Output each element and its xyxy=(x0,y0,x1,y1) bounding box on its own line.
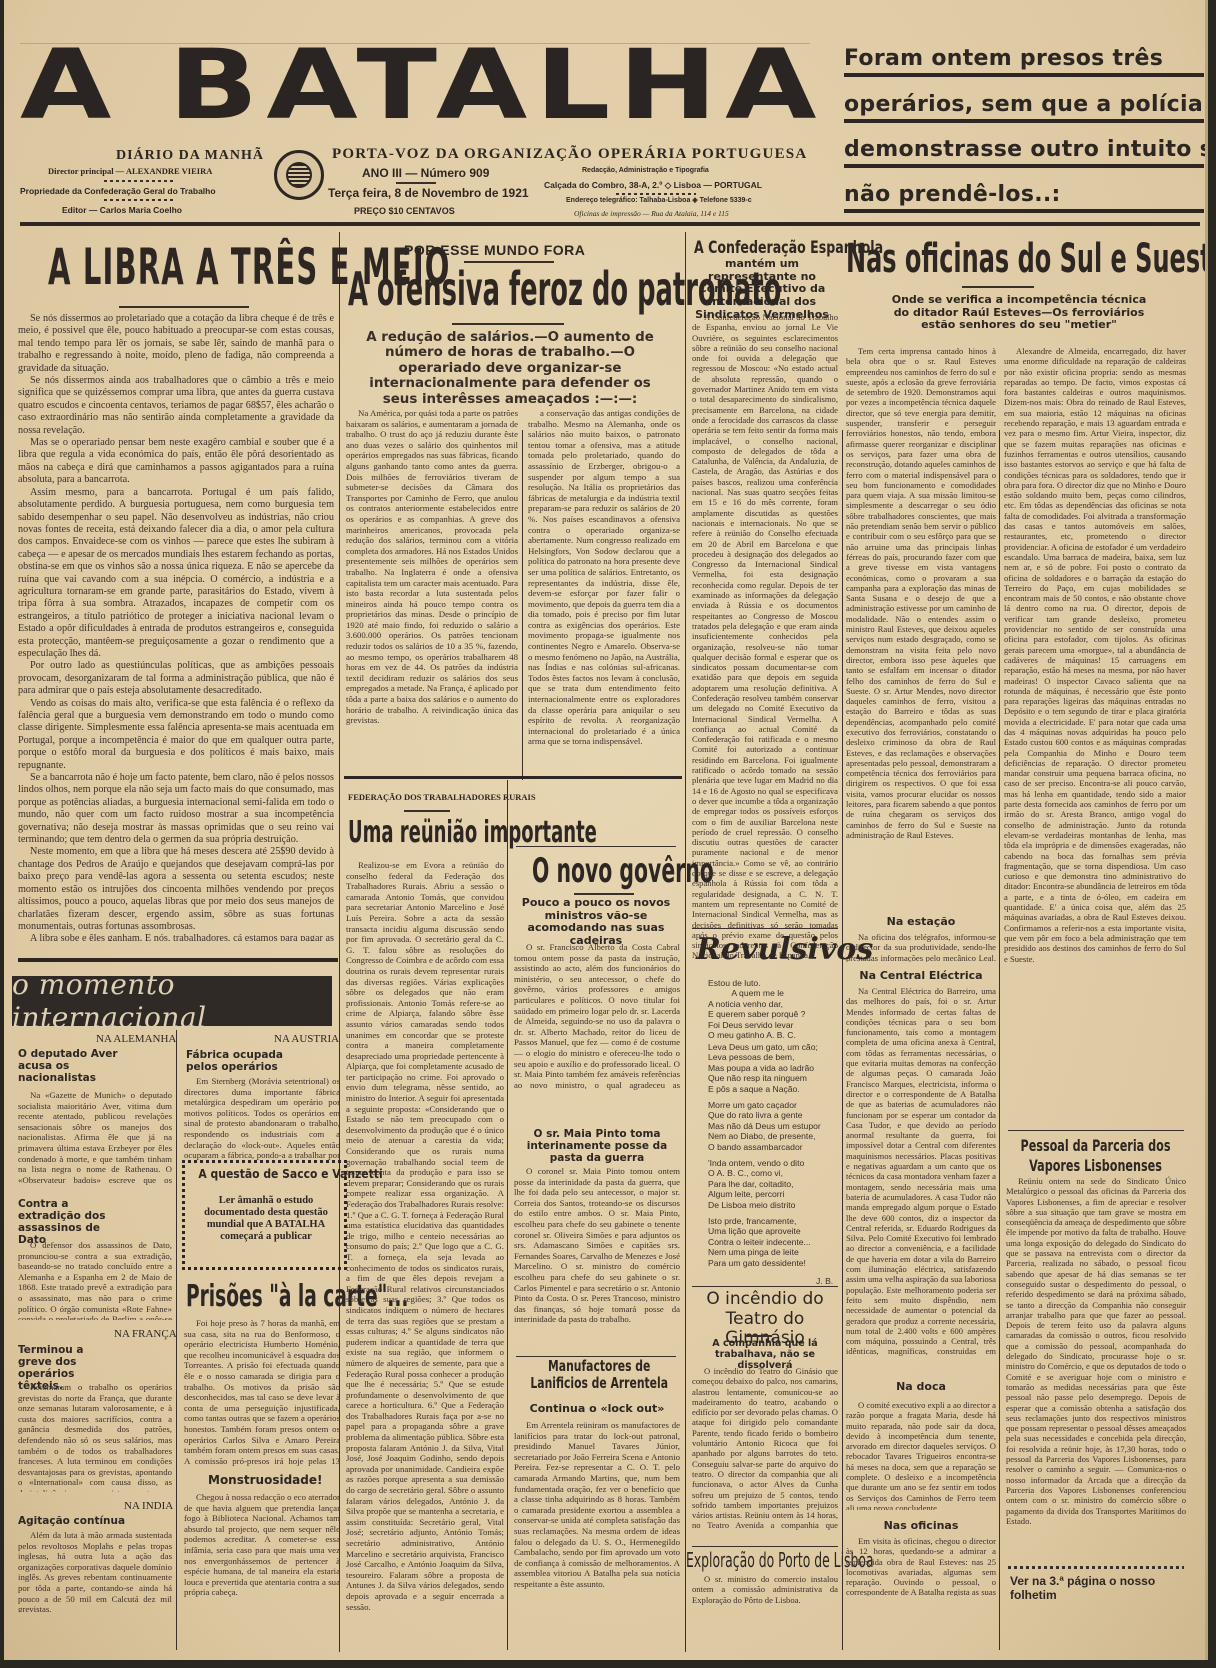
doca-headline: Na doca xyxy=(846,1381,996,1394)
oficinas-headline: Nas oficinas xyxy=(846,1520,996,1533)
union-seal-icon xyxy=(274,150,324,200)
ear-line-3: demonstrasse outro intuito se- xyxy=(844,137,1204,168)
alemanha-body: Na «Gazette de Munich» o deputado social… xyxy=(18,1090,172,1186)
revulsivos-stanza-5: Isto prde, francamente, Uma lição que ap… xyxy=(708,1216,811,1268)
monstruosidade-body: Chegou à nossa redacção o eco aterrador … xyxy=(184,1492,340,1600)
austria-body: Em Sternberg (Morávia setentrional) os d… xyxy=(184,1076,340,1160)
austria-headline: Fábrica ocupada pelos operários xyxy=(186,1049,306,1073)
oficinas-body: Em visita às oficinas, chegou o director… xyxy=(846,1536,996,1596)
revulsivos-stanza-3: Morre um gato caçador Que do rato livra … xyxy=(708,1100,821,1152)
ear-line-4: não prendê-los..: xyxy=(844,182,1204,213)
ear-line-2: operários, sem que a polícia xyxy=(844,92,1204,123)
rurais-headline: Uma reünião importante xyxy=(348,816,597,850)
rurais-kicker: FEDERAÇÃO DOS TRABALHADORES RURAIS xyxy=(348,792,536,802)
monstruosidade-headline: Monstruosidade! xyxy=(208,1474,322,1486)
governo-body: O sr. Francisco Alberto da Costa Cabral … xyxy=(514,942,680,1092)
telegraph-address: Endereço telegráfico: Talhaba-Lisboa ◈ T… xyxy=(566,196,752,204)
revulsivos-stanza-4: 'Inda ontem, vendo o dito O A. B. C., co… xyxy=(708,1158,804,1210)
print-office: Oficinas de impressão — Rua da Atalaia, … xyxy=(574,209,729,218)
mundo-deck: A redução de salários.—O aumento de núme… xyxy=(352,330,668,407)
vapores-body: Reüniu ontem na sede do Sindicato Único … xyxy=(1006,1176,1186,1560)
revulsivos-stanza-1: Estou de luto. A quem me le A noticia ve… xyxy=(708,978,805,1040)
folhetim-note: Ver na 3.ª página o nosso folhetim xyxy=(1010,1574,1186,1602)
dato-body: O defensor dos assassinos de Dato, pronu… xyxy=(18,1240,172,1320)
label-india: NA INDIA xyxy=(124,1500,173,1512)
maia-pinto-body: O coronel sr. Maia Pinto tomou ontem pos… xyxy=(514,1166,680,1346)
alemanha-headline: O deputado Aver acusa os nacionalistas xyxy=(18,1048,118,1084)
lockout-headline: Continua o «lock out» xyxy=(514,1403,680,1416)
mundo-col2: a conservação das antigas condições de t… xyxy=(528,408,680,768)
espanhola-body: A Confederação Nacional do Trabalho de E… xyxy=(692,312,838,966)
dato-headline: Contra a extradição dos assassinos de Da… xyxy=(18,1198,118,1246)
central-headline: Na Central Eléctrica xyxy=(846,970,996,983)
porto-body: O sr. ministro do comercio instalou onte… xyxy=(692,1574,838,1610)
sacco-vanzetti-title: A questão de Sacco e Vanzetti xyxy=(198,1167,331,1181)
revulsivos-stanza-2: Leva Deus um gato, um cão; Leva pessoas … xyxy=(708,1042,818,1094)
lanificios-headline: Manufactores de Lanificios de Arrentela xyxy=(520,1358,678,1392)
gimnasio-body: O incêndio do Teatro do Ginásio que come… xyxy=(692,1366,838,1532)
sul-sueste-col1: Tem certa imprensa cantado hinos à bela … xyxy=(846,346,996,926)
sul-sueste-headline: Nas oficinas do Sul e Sueste xyxy=(846,236,1208,282)
mundo-col1: Na América, por quási toda a parte os pa… xyxy=(346,408,518,768)
masthead-owner: Propriedade da Confederação Geral do Tra… xyxy=(20,186,216,196)
libra-body: Se nós dissermos ao proletariado que a c… xyxy=(18,313,334,941)
label-franca: NA FRANÇA xyxy=(114,1328,177,1340)
masthead-editor: Editor — Carlos Maria Coelho xyxy=(62,205,182,215)
sul-sueste-col2: Alexandre de Almeida, encarregado, diz h… xyxy=(1004,346,1186,1086)
masthead-director: Director principal — ALEXANDRE VIEIRA xyxy=(48,166,212,176)
rurais-body: Realizou-se em Evora a reünião do consel… xyxy=(346,860,504,1650)
label-austria: NA AUSTRIA xyxy=(274,1033,339,1045)
ear-line-1: Foram ontem presos três xyxy=(844,46,1204,77)
masthead-subtitle: DIÁRIO DA MANHÃ xyxy=(116,148,264,164)
sacco-vanzetti-text: Ler âmanhã o estudo documentado desta qu… xyxy=(201,1195,331,1243)
estacao-headline: Na estação xyxy=(846,916,996,929)
lanificios-body: Em Arrentela reüniram os manufactores de… xyxy=(514,1420,680,1600)
international-banner: o momento internacional xyxy=(12,976,332,1026)
issue-date: Terça feira, 8 de Novembro de 1921 xyxy=(328,186,529,200)
label-alemanha: NA ALEMANHA xyxy=(96,1033,176,1045)
india-body: Além da luta à mão armada sustentada pel… xyxy=(18,1530,172,1612)
doca-body: O comité executivo expli a ao director a… xyxy=(846,1400,996,1510)
sul-sueste-deck: Onde se verifica a incompetência técnica… xyxy=(884,294,1154,332)
prisoes-body: Foi hoje preso às 7 horas da manhã, em s… xyxy=(184,1318,340,1468)
governo-headline: O novo govêrno xyxy=(532,852,714,890)
office-label: Redacção, Administração e Tipografia xyxy=(582,167,709,174)
masthead-title: A BATALHA xyxy=(20,40,810,129)
franca-body: Retomaram o trabalho os operários grevis… xyxy=(18,1382,172,1492)
office-address: Calçada do Combro, 38-A, 2.º ◇ Lisboa — … xyxy=(544,180,762,191)
revulsivos-signature: J. B. xyxy=(816,1276,833,1286)
vapores-headline: Pessoal da Parceria dos Vapores Lisbonen… xyxy=(1008,1136,1183,1176)
central-body: Na Central Eléctrica do Barreiro, uma da… xyxy=(846,986,996,1356)
masthead-motto: PORTA-VOZ DA ORGANIZAÇÃO OPERÁRIA PORTUG… xyxy=(332,146,807,163)
estacao-body: Na oficina dos telégrafos, informou-se o… xyxy=(846,932,996,962)
mundo-kicker: POR ESSE MUNDO FORA xyxy=(404,242,585,258)
maia-pinto-headline: O sr. Maia Pinto toma interinamente poss… xyxy=(514,1128,680,1164)
price: PREÇO $10 CENTAVOS xyxy=(354,206,455,216)
sacco-vanzetti-notice: A questão de Sacco e Vanzetti Ler âmanhã… xyxy=(182,1160,347,1270)
newspaper-page: A BATALHA DIÁRIO DA MANHÃ Director princ… xyxy=(4,0,1208,1660)
issue-number: ANO III — Número 909 xyxy=(362,166,489,180)
governo-deck: Pouco a pouco os novos ministros vão-se … xyxy=(514,897,678,948)
india-headline: Agitação contínua xyxy=(18,1515,168,1527)
